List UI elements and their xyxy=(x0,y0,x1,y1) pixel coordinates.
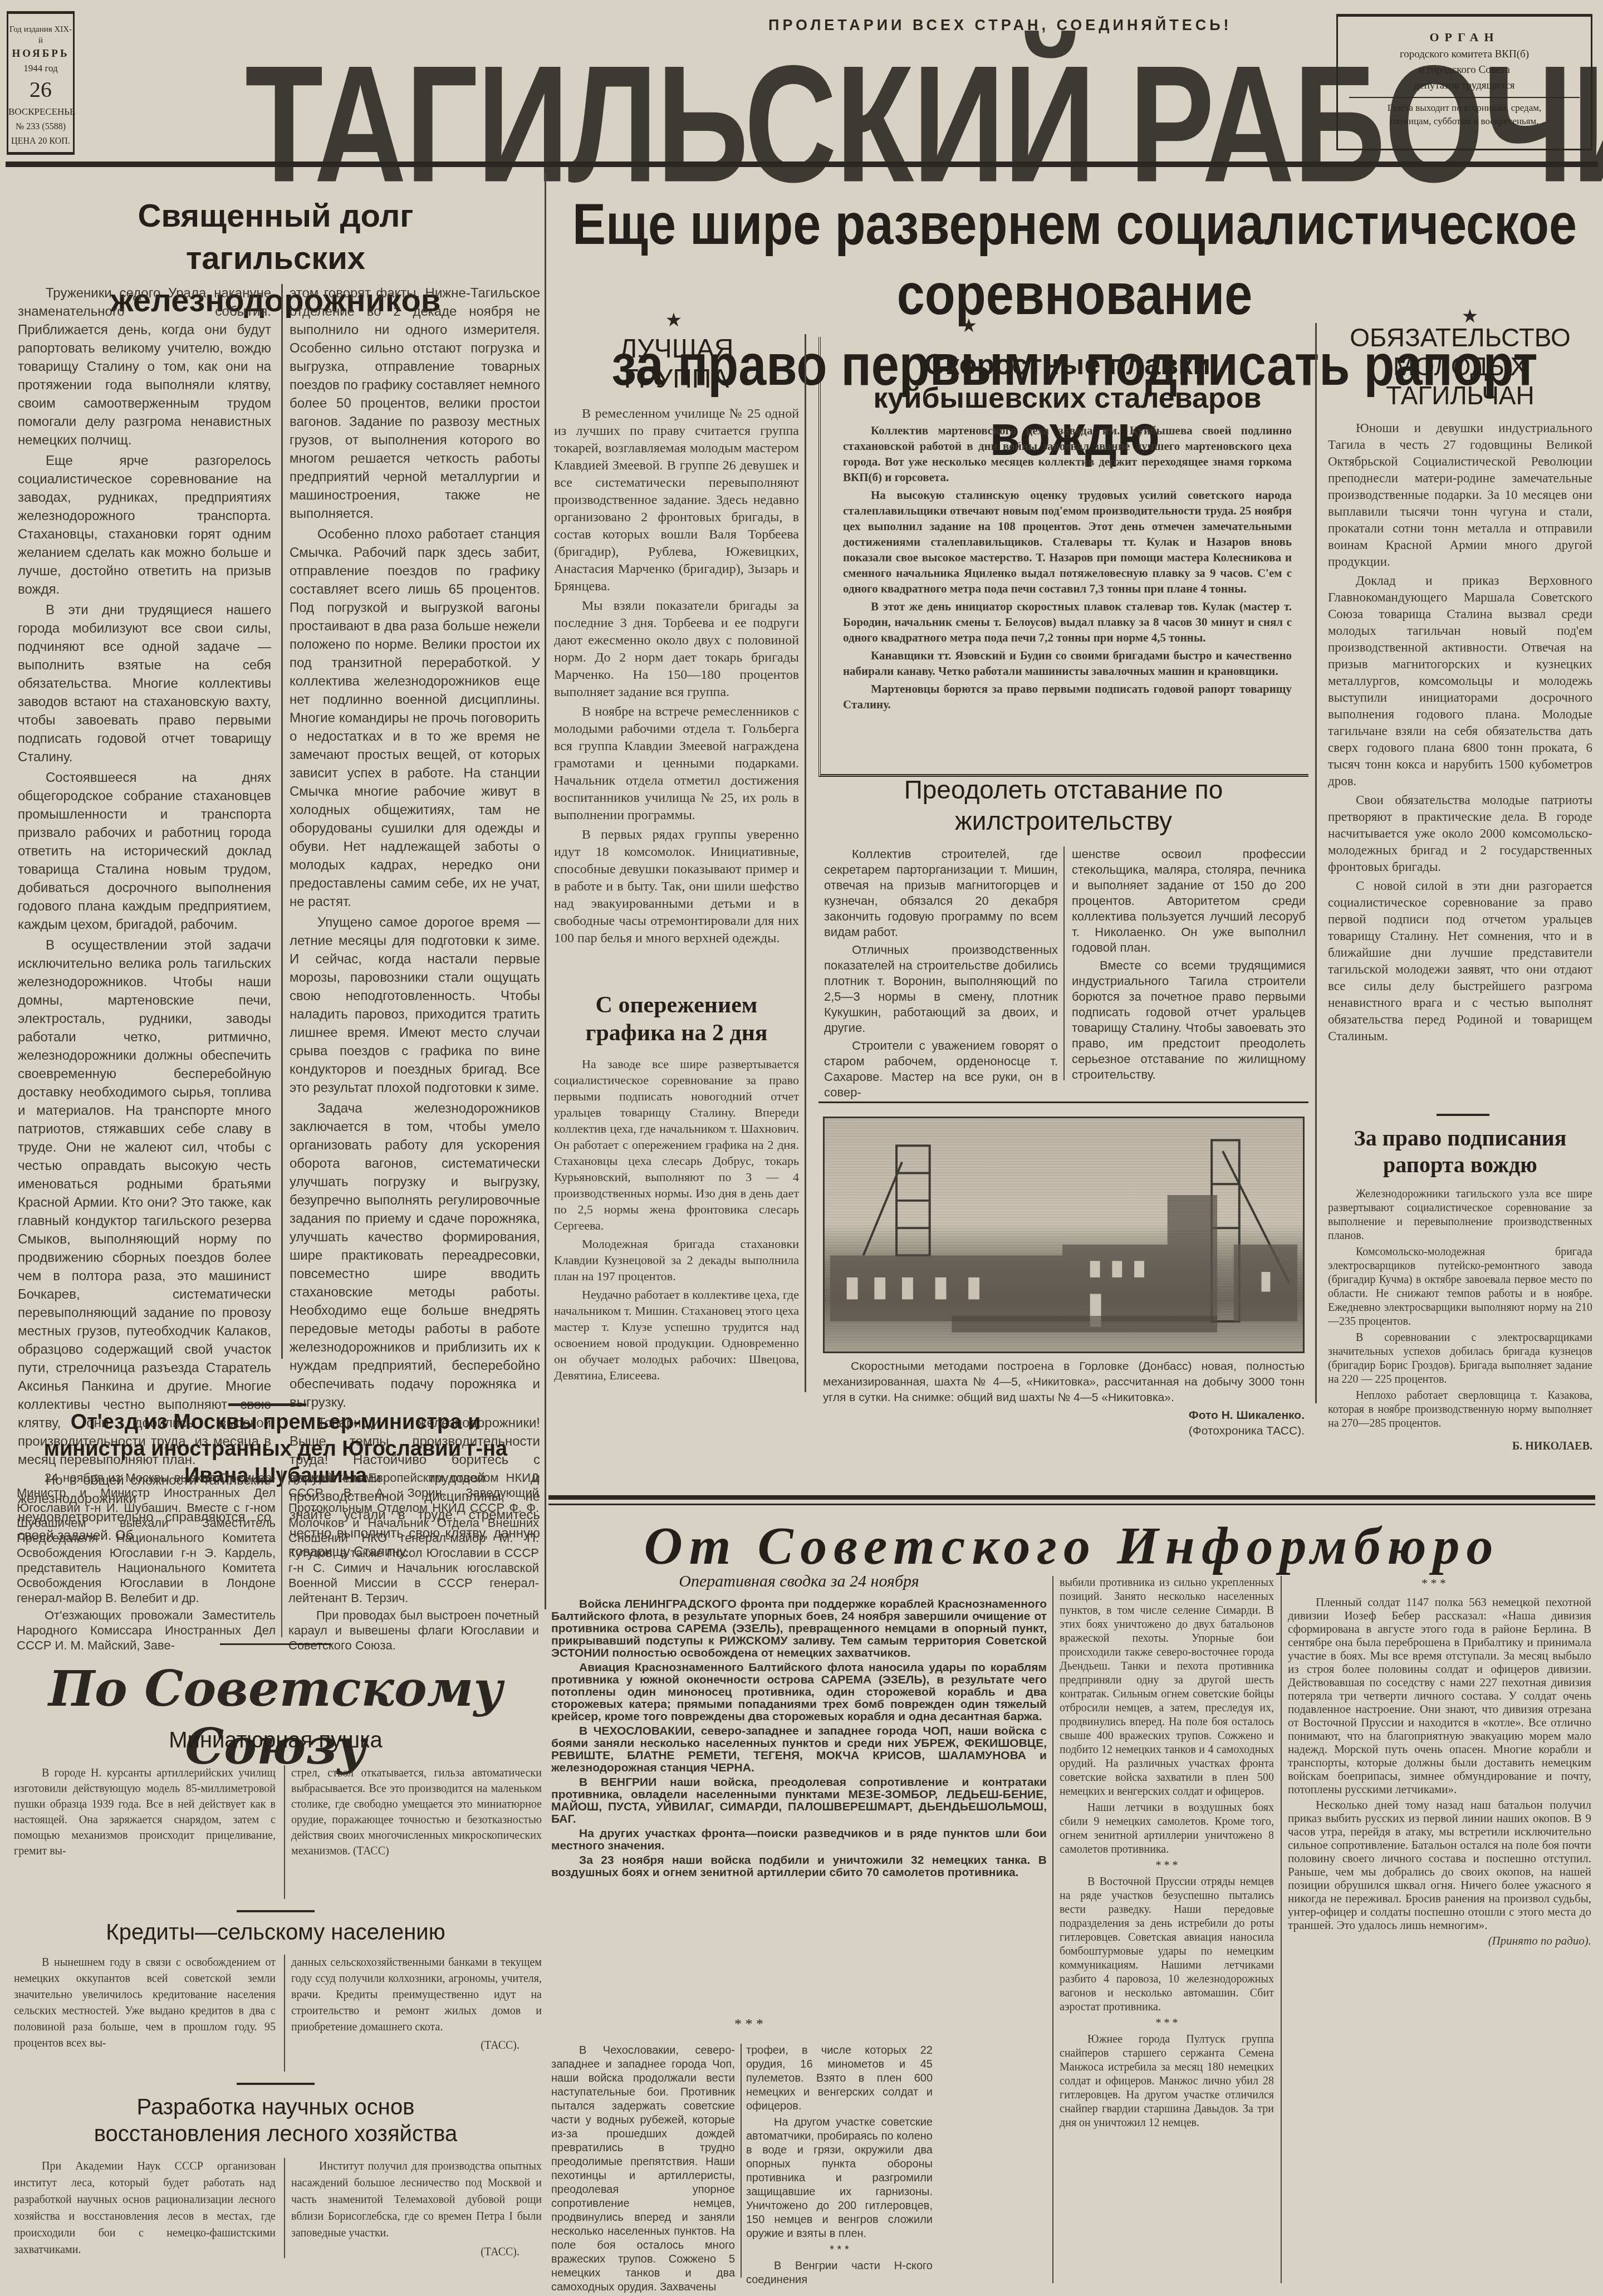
organ-line-3: депутатов трудящихся xyxy=(1349,78,1580,98)
paragraph: Неудачно работает в коллективе цеха, где… xyxy=(554,1286,799,1383)
sovinformburo-report: Оперативная сводка за 24 ноября Войска Л… xyxy=(548,1570,1595,2294)
signing-report-title: За право подписания рапорта вождю xyxy=(1328,1125,1592,1178)
paragraph: Свои обязательства молодые патриоты прет… xyxy=(1328,792,1592,875)
yugoslav-col-2: дующий 4-м Европейским отделом НКИД СССР… xyxy=(288,1470,539,1655)
paragraph: Доклад и приказ Верховного Главнокоманду… xyxy=(1328,572,1592,790)
issue-info-box: Год издания XIX-й НОЯБРЬ 1944 год 26 ВОС… xyxy=(7,11,75,155)
paragraph: В этот же день инициатор скоростных плав… xyxy=(843,599,1292,645)
paragraph: Юноши и девушки индустриального Тагила в… xyxy=(1328,420,1592,570)
paragraph: В Венгрии части Н-ского соединения xyxy=(746,2259,933,2287)
cannon-article-title: Миниатюрная пушка xyxy=(8,1726,543,1754)
organ-heading: ОРГАН xyxy=(1349,28,1580,47)
paragraph: На других участках фронта—поиски разведч… xyxy=(551,1828,1047,1852)
paragraph: В ЧЕХОСЛОВАКИИ, северо-западнее и западн… xyxy=(551,1725,1047,1774)
year: 1944 год xyxy=(8,62,73,75)
paragraph: В осуществлении этой задачи исключительн… xyxy=(18,936,271,1469)
paragraph: Мартеновцы борются за право первыми подп… xyxy=(843,681,1292,712)
page-column-rule xyxy=(545,173,546,1609)
paragraph: стрел, ствол откатывается, гильза автома… xyxy=(291,1765,542,1859)
youth-pledge-body: Юноши и девушки индустриального Тагила в… xyxy=(1328,420,1592,1045)
paragraph: Авиация Краснознаменного Балтийского фло… xyxy=(551,1662,1047,1723)
paragraph: трофеи, в числе которых 22 орудия, 16 ми… xyxy=(746,2044,933,2113)
publication-schedule: Газета выходит по вторникам, средам, пят… xyxy=(1349,98,1580,128)
lead-article: Священный долг тагильских железнодорожни… xyxy=(11,173,540,1359)
cannon-col-2: стрел, ствол откатывается, гильза автома… xyxy=(291,1765,542,1861)
column-divider xyxy=(284,1765,285,1899)
credits-col-2: данных сельскохозяйственными банками в т… xyxy=(291,1955,542,2054)
paragraph: Коллектив строителей, где секретарем пар… xyxy=(824,846,1058,940)
column-divider xyxy=(1315,323,1317,1403)
ahead-schedule-body: На заводе все шире развертывается социал… xyxy=(554,1056,799,1383)
paragraph: На высокую сталинскую оценку трудовых ус… xyxy=(843,487,1292,596)
asterism: * * * xyxy=(715,2016,782,2033)
column-divider xyxy=(805,334,806,1392)
paragraph: Южнее города Пултуск группа снайперов ст… xyxy=(1060,2033,1274,2130)
star-icon: ★ xyxy=(663,309,685,331)
czech-col-2: трофеи, в числе которых 22 орудия, 16 ми… xyxy=(746,2044,933,2289)
paragraph: В ВЕНГРИИ наши войска, преодолевая сопро… xyxy=(551,1776,1047,1825)
organ-line-1: городского комитета ВКП(б) xyxy=(1349,47,1580,62)
best-group-article: ЛУЧШАЯ ГРУППА В ремесленном училище № 25… xyxy=(554,334,799,980)
youth-pledge-title: ОБЯЗАТЕЛЬСТВО МОЛОДЫХ ТАГИЛЬЧАН xyxy=(1334,323,1587,410)
lead-article-col-1: Труженики седого Урала накануне знаменат… xyxy=(18,284,271,1547)
paragraph: Коллектив мартеновского цеха завода им. … xyxy=(843,423,1292,485)
paragraph: В эти дни трудящиеся нашего города мобил… xyxy=(18,601,271,766)
paragraph: В ноябре на встрече ремесленников с моло… xyxy=(554,703,799,824)
column-divider xyxy=(1052,1576,1053,2283)
ussr-news: Миниатюрная пушка В городе Н. курсанты а… xyxy=(8,1726,543,2294)
signing-report-article: За право подписания рапорта вождю Железн… xyxy=(1328,1125,1592,1403)
radio-note: (Принято по радио). xyxy=(1288,1934,1591,1947)
paragraph: Несколько дней тому назад наш батальон п… xyxy=(1288,1798,1591,1932)
sovinformburo-col-4: Пленный солдат 1147 полка 563 немецкой п… xyxy=(1288,1595,1591,1947)
paragraph: Особенно плохо работает станция Смычка. … xyxy=(290,525,540,911)
paragraph: выбили противника из сильно укрепленных … xyxy=(1060,1576,1274,1799)
organ-line-2: и городского Совета xyxy=(1349,62,1580,78)
section-divider xyxy=(228,1403,306,1406)
paragraph: В нынешнем году в связи с освобождением … xyxy=(14,1955,276,2052)
paragraph: Вместе со всеми трудящимися индустриальн… xyxy=(1072,958,1306,1083)
paragraph: С новой силой в эти дни разгорается соци… xyxy=(1328,878,1592,1045)
sovinformburo-col-3: выбили противника из сильно укрепленных … xyxy=(1060,1576,1274,2132)
best-group-title: ЛУЧШАЯ ГРУППА xyxy=(587,334,766,394)
asterism: * * * xyxy=(1400,1576,1467,1590)
author-signature: Б. НИКОЛАЕВ. xyxy=(1328,1440,1592,1453)
paragraph: Еще ярче разгорелось социалистическое со… xyxy=(18,452,271,599)
paragraph: Железнодорожники тагильского узла все ши… xyxy=(1328,1187,1592,1243)
sovinformburo-subheading: Оперативная сводка за 24 ноября xyxy=(548,1570,1050,1593)
ornament-divider xyxy=(220,1643,331,1645)
section-divider-double xyxy=(548,1495,1595,1500)
asterism: * * * xyxy=(1060,1859,1274,1873)
youth-pledge-article: ОБЯЗАТЕЛЬСТВО МОЛОДЫХ ТАГИЛЬЧАН Юноши и … xyxy=(1328,323,1592,1103)
issue-number: № 233 (5588) xyxy=(8,120,73,134)
day-number: 26 xyxy=(8,75,73,104)
caption-text: Скоростными методами построена в Горловк… xyxy=(823,1359,1305,1406)
housing-article-title: Преодолеть отставание по жилстроительств… xyxy=(818,774,1308,836)
section-divider xyxy=(1437,1114,1489,1116)
section-divider xyxy=(237,2083,315,2085)
paragraph: Молодежная бригада стахановки Клавдии Ку… xyxy=(554,1236,799,1284)
paragraph: При Академии Наук СССР организован инсти… xyxy=(14,2158,276,2258)
column-divider xyxy=(284,2158,285,2258)
tass-credit: (ТАСС). xyxy=(291,2244,542,2260)
lead-article-col-2: этом говорят факты. Нижне-Тагильское отд… xyxy=(290,284,540,1563)
photo-source: (Фотохроника ТАСС). xyxy=(823,1423,1305,1439)
column-divider xyxy=(1281,1576,1282,2283)
paragraph: Строители с уважением говорят о старом р… xyxy=(824,1038,1058,1100)
column-divider xyxy=(741,2044,742,2278)
paragraph: данных сельскохозяйственными банками в т… xyxy=(291,1955,542,2035)
paragraph: В городе Н. курсанты артиллерийских учил… xyxy=(14,1765,276,1859)
mine-photo xyxy=(823,1117,1305,1353)
credits-col-1: В нынешнем году в связи с освобождением … xyxy=(14,1955,276,2054)
paragraph: Канавщики тт. Язовский и Будин со своими… xyxy=(843,648,1292,679)
section-divider-double xyxy=(548,1504,1595,1505)
paragraph: В первых рядах группы уверенно идут 18 к… xyxy=(554,826,799,947)
cannon-col-1: В городе Н. курсанты артиллерийских учил… xyxy=(14,1765,276,1861)
housing-col-1: Коллектив строителей, где секретарем пар… xyxy=(824,846,1058,1103)
paragraph: Комсомольско-молодежная бригада электрос… xyxy=(1328,1245,1592,1329)
paragraph: Задача железнодорожников заключается в т… xyxy=(290,1099,540,1412)
year-of-issue: Год издания XIX-й xyxy=(8,24,73,46)
paragraph: В ремесленном училище № 25 одной из лучш… xyxy=(554,405,799,595)
paragraph: Упущено самое дорогое время — летние мес… xyxy=(290,913,540,1097)
asterism: * * * xyxy=(1060,2016,1274,2030)
yugoslav-col-1: 24 ноября из Москвы выехал Премьер-Минис… xyxy=(17,1470,276,1655)
paragraph: От'езжающих провожали Заместитель Народн… xyxy=(17,1608,276,1653)
best-group-body: В ремесленном училище № 25 одной из лучш… xyxy=(554,405,799,947)
paragraph: Состоявшееся на днях общегородское собра… xyxy=(18,768,271,934)
paragraph: Наши летчики в воздушных боях сбили 9 не… xyxy=(1060,1801,1274,1857)
credits-article-title: Кредиты—сельскому населению xyxy=(8,1918,543,1946)
housing-col-2: шенстве освоил профессии стекольщика, ма… xyxy=(1072,846,1306,1085)
column-divider xyxy=(281,1470,282,1637)
tass-credit: (ТАСС). xyxy=(291,2038,542,2054)
paragraph: Мы взяли показатели бригады за последние… xyxy=(554,598,799,701)
paragraph: На другом участке советские автоматчики,… xyxy=(746,2116,933,2241)
photo-credit: Фото Н. Шикаленко. xyxy=(823,1408,1305,1423)
sovinformburo-heading: От Советского Информбюро xyxy=(548,1515,1595,1577)
section-divider xyxy=(818,1102,1308,1103)
paragraph: За 23 ноября наши войска подбили и уничт… xyxy=(551,1854,1047,1879)
masthead: Год издания XIX-й НОЯБРЬ 1944 год 26 ВОС… xyxy=(0,0,1603,167)
paragraph: Пленный солдат 1147 полка 563 немецкой п… xyxy=(1288,1595,1591,1796)
asterism: * * * xyxy=(746,2243,933,2257)
steel-article-title: Скоростные плавки куйбышевских сталеваро… xyxy=(843,348,1292,415)
forestry-col-2: Институт получил для производства опытны… xyxy=(291,2158,542,2260)
paragraph: В Восточной Пруссии отряды немцев на ряд… xyxy=(1060,1875,1274,2014)
paragraph: этом говорят факты. Нижне-Тагильское отд… xyxy=(290,284,540,523)
photo-caption: Скоростными методами построена в Горловк… xyxy=(823,1359,1305,1439)
mine-headframe-illustration xyxy=(825,1118,1303,1352)
steel-article: Скоростные плавки куйбышевских сталеваро… xyxy=(818,337,1308,777)
sovinformburo-lead: Войска ЛЕНИНГРАДСКОГО фронта при поддерж… xyxy=(551,1598,1047,1881)
forestry-col-1: При Академии Наук СССР организован инсти… xyxy=(14,2158,276,2260)
paragraph: Войска ЛЕНИНГРАДСКОГО фронта при поддерж… xyxy=(551,1598,1047,1659)
price: ЦЕНА 20 КОП. xyxy=(8,134,73,149)
czech-col-1: В Чехословакии, северо-западнее и западн… xyxy=(551,2044,735,2296)
paragraph: В соревновании с электросварщиками значи… xyxy=(1328,1331,1592,1387)
paragraph: шенстве освоил профессии стекольщика, ма… xyxy=(1072,846,1306,956)
ahead-schedule-title: С опережением графика на 2 дня xyxy=(565,991,788,1047)
paragraph: При проводах был выстроен почетный карау… xyxy=(288,1608,539,1653)
weekday: ВОСКРЕСЕНЬЕ xyxy=(8,104,73,120)
masthead-rule xyxy=(6,161,1598,167)
housing-article: Преодолеть отставание по жилстроительств… xyxy=(818,774,1308,1086)
signing-report-body: Железнодорожники тагильского узла все ши… xyxy=(1328,1187,1592,1453)
steel-article-body: Коллектив мартеновского цеха завода им. … xyxy=(843,423,1292,712)
ahead-schedule-article: С опережением графика на 2 дня На заводе… xyxy=(554,991,799,1403)
month: НОЯБРЬ xyxy=(8,46,73,62)
paragraph: Отличных производственных показателей на… xyxy=(824,942,1058,1036)
forestry-article-title: Разработка научных основ восстановления … xyxy=(53,2094,498,2147)
paragraph: 24 ноября из Москвы выехал Премьер-Минис… xyxy=(17,1470,276,1605)
column-divider xyxy=(1063,846,1065,1080)
paragraph: Институт получил для производства опытны… xyxy=(291,2158,542,2241)
section-divider xyxy=(237,1910,315,1912)
yugoslav-article: От'езд из Москвы премьер-министра и мини… xyxy=(11,1409,540,1659)
paragraph: На заводе все шире развертывается социал… xyxy=(554,1056,799,1233)
column-divider xyxy=(281,284,283,1359)
paragraph: Труженики седого Урала накануне знаменат… xyxy=(18,284,271,449)
column-divider xyxy=(284,1955,285,2072)
paragraph: Неплохо работает сверловщица т. Казакова… xyxy=(1328,1389,1592,1431)
star-icon: ★ xyxy=(958,315,980,337)
banner-line-1: Еще шире развернем социалистическое соре… xyxy=(557,189,1592,330)
paragraph: дующий 4-м Европейским отделом НКИД СССР… xyxy=(288,1470,539,1605)
organ-box: ОРГАН городского комитета ВКП(б) и город… xyxy=(1336,14,1592,150)
paragraph: В Чехословакии, северо-западнее и западн… xyxy=(551,2044,735,2294)
